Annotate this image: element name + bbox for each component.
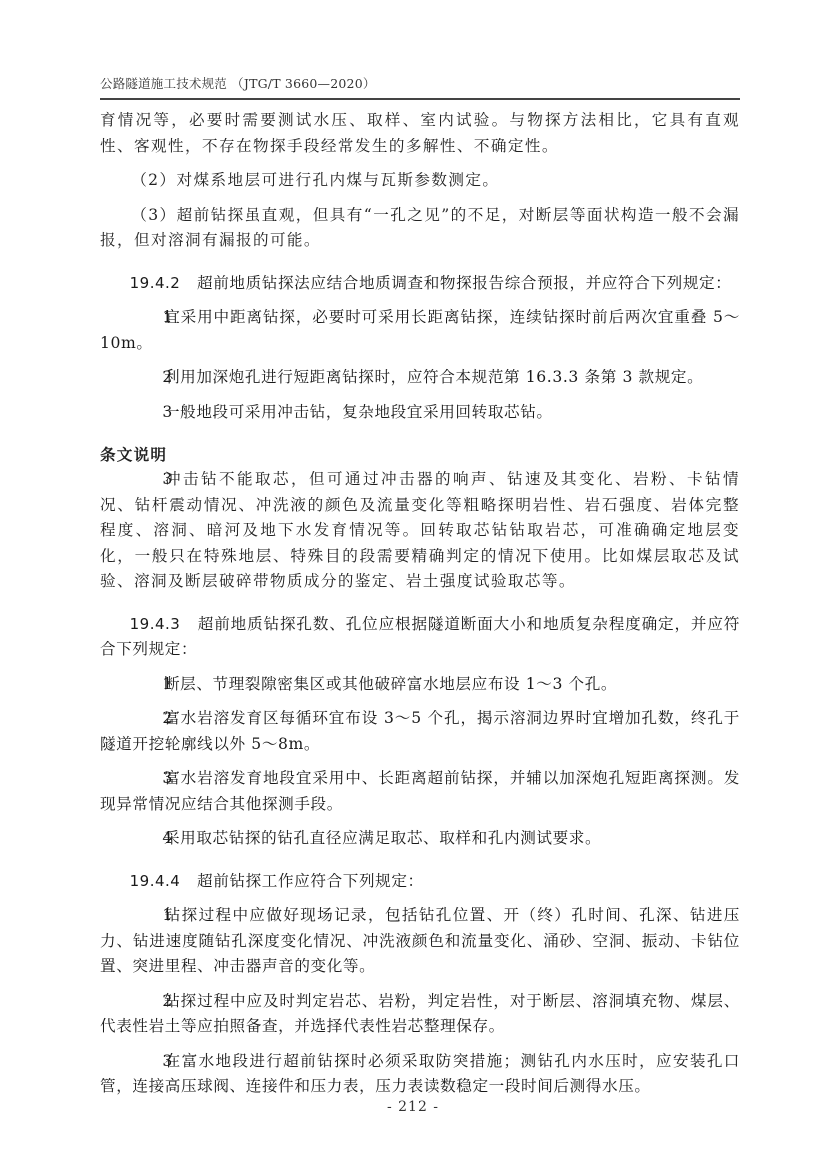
item-text: 冲击钻不能取芯，但可通过冲击器的响声、钻速及其变化、岩粉、卡钻情况、钻杆震动情况… xyxy=(100,470,740,590)
item-text: 钻探过程中应及时判定岩芯、岩粉，判定岩性，对于断层、溶洞填充物、煤层、代表性岩土… xyxy=(100,992,740,1036)
page-number: - 212 - xyxy=(0,1099,826,1115)
item-text: 富水岩溶发育区每循环宜布设 3～5 个孔，揭示溶洞边界时宜增加孔数，终孔于隧道开… xyxy=(100,709,740,753)
item-text: 采用取芯钻探的钻孔直径应满足取芯、取样和孔内测试要求。 xyxy=(164,829,601,847)
clause-number: 19.4.3 xyxy=(130,615,181,633)
clause-19-4-4-item-1: 1钻探过程中应做好现场记录，包括钻孔位置、开（终）孔时间、孔深、钻进压力、钻进速… xyxy=(100,903,740,980)
explanation-item-3: （3）超前钻探虽直观，但具有“一孔之见”的不足，对断层等面状构造一般不会漏报，但… xyxy=(100,203,740,254)
item-number: 1 xyxy=(131,672,164,698)
clause-19-4-2-item-1: 1宜采用中距离钻探，必要时可采用长距离钻探，连续钻探时前后两次宜重叠 5～10m… xyxy=(100,305,740,356)
item-text: 断层、节理裂隙密集区或其他破碎富水地层应布设 1～3 个孔。 xyxy=(164,675,617,693)
clause-19-4-2-item-2: 2利用加深炮孔进行短距离钻探时，应符合本规范第 16.3.3 条第 3 款规定。 xyxy=(100,365,740,391)
item-number: 2 xyxy=(131,989,164,1015)
clause-19-4-4-item-2: 2钻探过程中应及时判定岩芯、岩粉，判定岩性，对于断层、溶洞填充物、煤层、代表性岩… xyxy=(100,989,740,1040)
clause-number: 19.4.2 xyxy=(130,274,181,292)
item-text: 宜采用中距离钻探，必要时可采用长距离钻探，连续钻探时前后两次宜重叠 5～10m。 xyxy=(100,308,740,352)
clause-19-4-3-item-4: 4采用取芯钻探的钻孔直径应满足取芯、取样和孔内测试要求。 xyxy=(100,826,740,852)
explanation-item-3-paragraph: 3冲击钻不能取芯，但可通过冲击器的响声、钻速及其变化、岩粉、卡钻情况、钻杆震动情… xyxy=(100,467,740,595)
clause-19-4-3-item-1: 1断层、节理裂隙密集区或其他破碎富水地层应布设 1～3 个孔。 xyxy=(100,672,740,698)
item-number: 2 xyxy=(131,365,164,391)
clause-19-4-3-item-2: 2富水岩溶发育区每循环宜布设 3～5 个孔，揭示溶洞边界时宜增加孔数，终孔于隧道… xyxy=(100,706,740,757)
explanation-item-2: （2）对煤系地层可进行孔内煤与瓦斯参数测定。 xyxy=(100,168,740,194)
item-text: 富水岩溶发育地段宜采用中、长距离超前钻探，并辅以加深炮孔短距离探测。发现异常情况… xyxy=(100,769,740,813)
explanation-heading: 条文说明 xyxy=(100,442,740,467)
explanation-continued-paragraph: 育情况等，必要时需要测试水压、取样、室内试验。与物探方法相比，它具有直观性、客观… xyxy=(100,108,740,159)
clause-text: 超前地质钻探法应结合地质调查和物探报告综合预报，并应符合下列规定： xyxy=(197,274,731,292)
clause-text: 超前地质钻探孔数、孔位应根据隧道断面大小和地质复杂程度确定，并应符合下列规定： xyxy=(100,615,740,659)
item-text: 在富水地段进行超前钻探时必须采取防突措施；测钻孔内水压时，应安装孔口管，连接高压… xyxy=(100,1052,740,1096)
item-number: 3 xyxy=(131,400,164,426)
item-text: 利用加深炮孔进行短距离钻探时，应符合本规范第 16.3.3 条第 3 款规定。 xyxy=(164,368,703,386)
item-text: 钻探过程中应做好现场记录，包括钻孔位置、开（终）孔时间、孔深、钻进压力、钻进速度… xyxy=(100,906,740,975)
page-content: 育情况等，必要时需要测试水压、取样、室内试验。与物探方法相比，它具有直观性、客观… xyxy=(100,108,740,1100)
item-number: 1 xyxy=(131,305,164,331)
clause-19-4-2-item-3: 3一般地段可采用冲击钻，复杂地段宜采用回转取芯钻。 xyxy=(100,400,740,426)
item-number: 2 xyxy=(131,706,164,732)
item-text: 一般地段可采用冲击钻，复杂地段宜采用回转取芯钻。 xyxy=(164,403,553,421)
item-number: 3 xyxy=(131,1049,164,1075)
clause-number: 19.4.4 xyxy=(130,872,181,890)
item-number: 3 xyxy=(131,467,164,493)
running-title: 公路隧道施工技术规范 （JTG/T 3660—2020） xyxy=(100,76,376,91)
clause-19-4-4: 19.4.4 超前钻探工作应符合下列规定： xyxy=(100,869,740,895)
clause-19-4-3: 19.4.3 超前地质钻探孔数、孔位应根据隧道断面大小和地质复杂程度确定，并应符… xyxy=(100,612,740,663)
clause-text: 超前钻探工作应符合下列规定： xyxy=(197,872,424,890)
clause-19-4-2: 19.4.2 超前地质钻探法应结合地质调查和物探报告综合预报，并应符合下列规定： xyxy=(100,271,740,297)
running-header: 公路隧道施工技术规范 （JTG/T 3660—2020） xyxy=(100,76,740,100)
clause-19-4-3-item-3: 3富水岩溶发育地段宜采用中、长距离超前钻探，并辅以加深炮孔短距离探测。发现异常情… xyxy=(100,766,740,817)
item-number: 4 xyxy=(131,826,164,852)
item-number: 3 xyxy=(131,766,164,792)
item-number: 1 xyxy=(131,903,164,929)
clause-19-4-4-item-3: 3在富水地段进行超前钻探时必须采取防突措施；测钻孔内水压时，应安装孔口管，连接高… xyxy=(100,1049,740,1100)
